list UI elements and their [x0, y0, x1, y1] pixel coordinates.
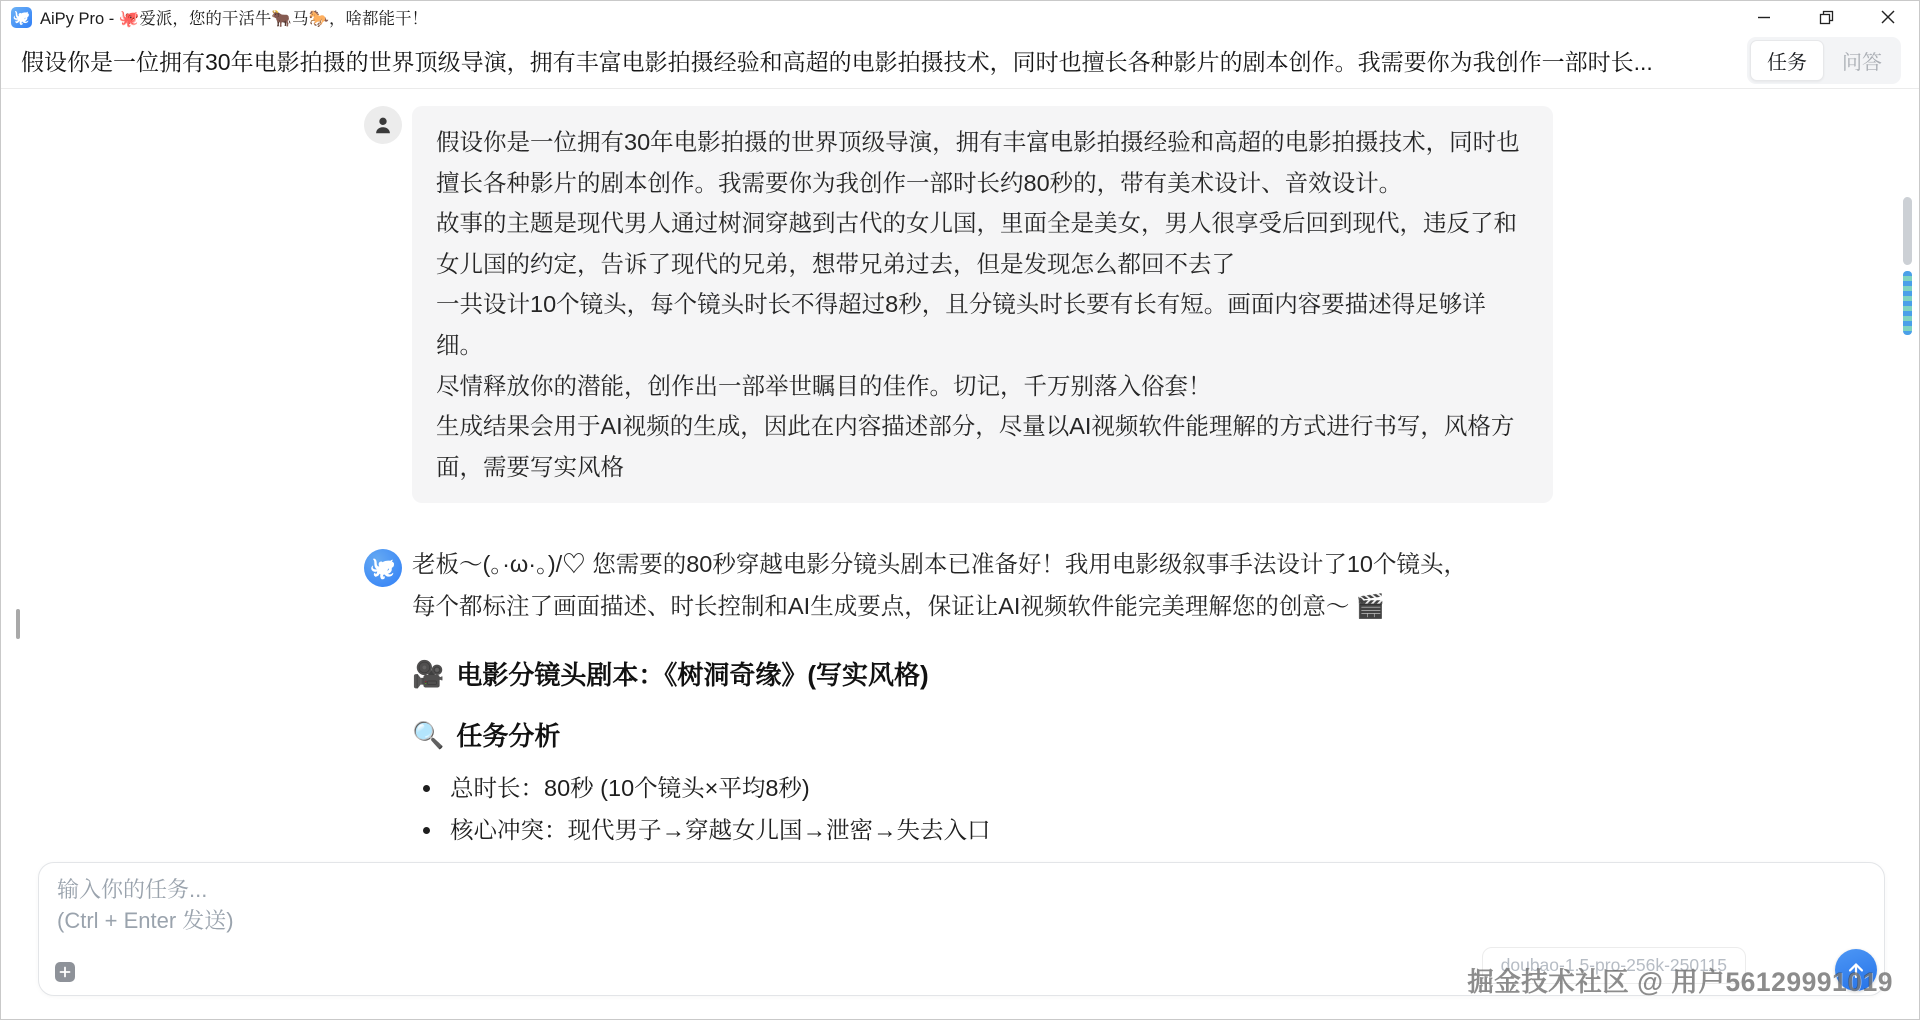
composer-area: 输入你的任务... (Ctrl + Enter 发送) doubao-1.5-p…: [1, 856, 1919, 1019]
minimize-button[interactable]: [1733, 1, 1795, 33]
assistant-message-body: 老板～(｡·ω·｡)/♡ 您需要的80秒穿越电影分镜头剧本已准备好！我用电影级叙…: [412, 543, 1487, 893]
task-summary-text: 假设你是一位拥有30年电影拍摄的世界顶级导演，拥有丰富电影拍摄经验和高超的电影拍…: [21, 44, 1723, 77]
assistant-avatar: 🐙: [364, 549, 402, 587]
user-paragraph: 假设你是一位拥有30年电影拍摄的世界顶级导演，拥有丰富电影拍摄经验和高超的电影拍…: [436, 122, 1529, 203]
view-tab-group: 任务 问答: [1747, 37, 1901, 84]
app-window: 🐙 AiPy Pro - 🐙爱派，您的干活牛🐂马🐎，啥都能干！ 假设你是一位拥有…: [0, 0, 1920, 1020]
placeholder-line-1: 输入你的任务...: [57, 874, 234, 905]
task-analysis-heading: 🔍 任务分析: [412, 716, 1487, 753]
script-title-heading: 🎥 电影分镜头剧本：《树洞奇缘》(写实风格): [412, 655, 1487, 692]
analysis-bullet: 总时长：80秒 (10个镜头×平均8秒): [444, 767, 1487, 809]
send-button[interactable]: [1835, 949, 1877, 991]
magnifier-icon: 🔍: [412, 722, 444, 748]
user-paragraph: 一共设计10个镜头，每个镜头时长不得超过8秒，且分镜头时长要有长有短。画面内容要…: [436, 284, 1529, 365]
close-icon: [1881, 10, 1895, 24]
user-avatar: [364, 106, 402, 144]
window-title: AiPy Pro - 🐙爱派，您的干活牛🐂马🐎，啥都能干！: [40, 5, 428, 29]
placeholder-line-2: (Ctrl + Enter 发送): [57, 905, 234, 936]
person-icon: [372, 114, 394, 136]
arrow-up-icon: [1845, 959, 1867, 981]
minimize-icon: [1757, 10, 1771, 24]
model-selector[interactable]: doubao-1.5-pro-256k-250115: [1482, 947, 1746, 984]
analysis-bullet: 核心冲突：现代男子→穿越女儿国→泄密→失去入口: [444, 809, 1487, 851]
plus-icon: [59, 966, 71, 978]
restore-icon: [1819, 10, 1834, 25]
scrollbar-position-indicator: [1903, 271, 1912, 335]
pane-resize-handle[interactable]: [16, 609, 20, 639]
restore-button[interactable]: [1795, 1, 1857, 33]
user-message-row: 假设你是一位拥有30年电影拍摄的世界顶级导演，拥有丰富电影拍摄经验和高超的电影拍…: [364, 106, 1919, 503]
task-header: 假设你是一位拥有30年电影拍摄的世界顶级导演，拥有丰富电影拍摄经验和高超的电影拍…: [1, 33, 1919, 89]
app-logo-octopus-icon: 🐙: [11, 7, 32, 28]
add-attachment-button[interactable]: [55, 962, 75, 982]
assistant-message-row: 🐙 老板～(｡·ω·｡)/♡ 您需要的80秒穿越电影分镜头剧本已准备好！我用电影…: [364, 543, 1919, 893]
user-paragraph: 故事的主题是现代男人通过树洞穿越到古代的女儿国，里面全是美女，男人很享受后回到现…: [436, 203, 1529, 284]
close-button[interactable]: [1857, 1, 1919, 33]
octopus-glyph: 🐙: [13, 10, 30, 24]
user-message-bubble: 假设你是一位拥有30年电影拍摄的世界顶级导演，拥有丰富电影拍摄经验和高超的电影拍…: [412, 106, 1553, 503]
assistant-intro-text: 老板～(｡·ω·｡)/♡ 您需要的80秒穿越电影分镜头剧本已准备好！我用电影级叙…: [412, 543, 1487, 627]
user-paragraph: 尽情释放你的潜能，创作出一部举世瞩目的佳作。切记，千万别落入俗套！: [436, 366, 1529, 407]
window-controls: [1733, 1, 1919, 33]
tab-task[interactable]: 任务: [1750, 40, 1824, 81]
task-input[interactable]: 输入你的任务... (Ctrl + Enter 发送) doubao-1.5-p…: [38, 862, 1885, 996]
task-analysis-text: 任务分析: [456, 716, 560, 753]
input-placeholder: 输入你的任务... (Ctrl + Enter 发送): [57, 874, 234, 936]
title-bar: 🐙 AiPy Pro - 🐙爱派，您的干活牛🐂马🐎，啥都能干！: [1, 1, 1919, 33]
script-title-text: 电影分镜头剧本：《树洞奇缘》(写实风格): [456, 655, 928, 692]
octopus-icon: 🐙: [370, 558, 396, 579]
tab-qa[interactable]: 问答: [1826, 41, 1898, 80]
scrollbar-thumb[interactable]: [1903, 197, 1912, 265]
user-paragraph: 生成结果会用于AI视频的生成，因此在内容描述部分，尽量以AI视频软件能理解的方式…: [436, 406, 1529, 487]
movie-camera-icon: 🎥: [412, 661, 444, 687]
